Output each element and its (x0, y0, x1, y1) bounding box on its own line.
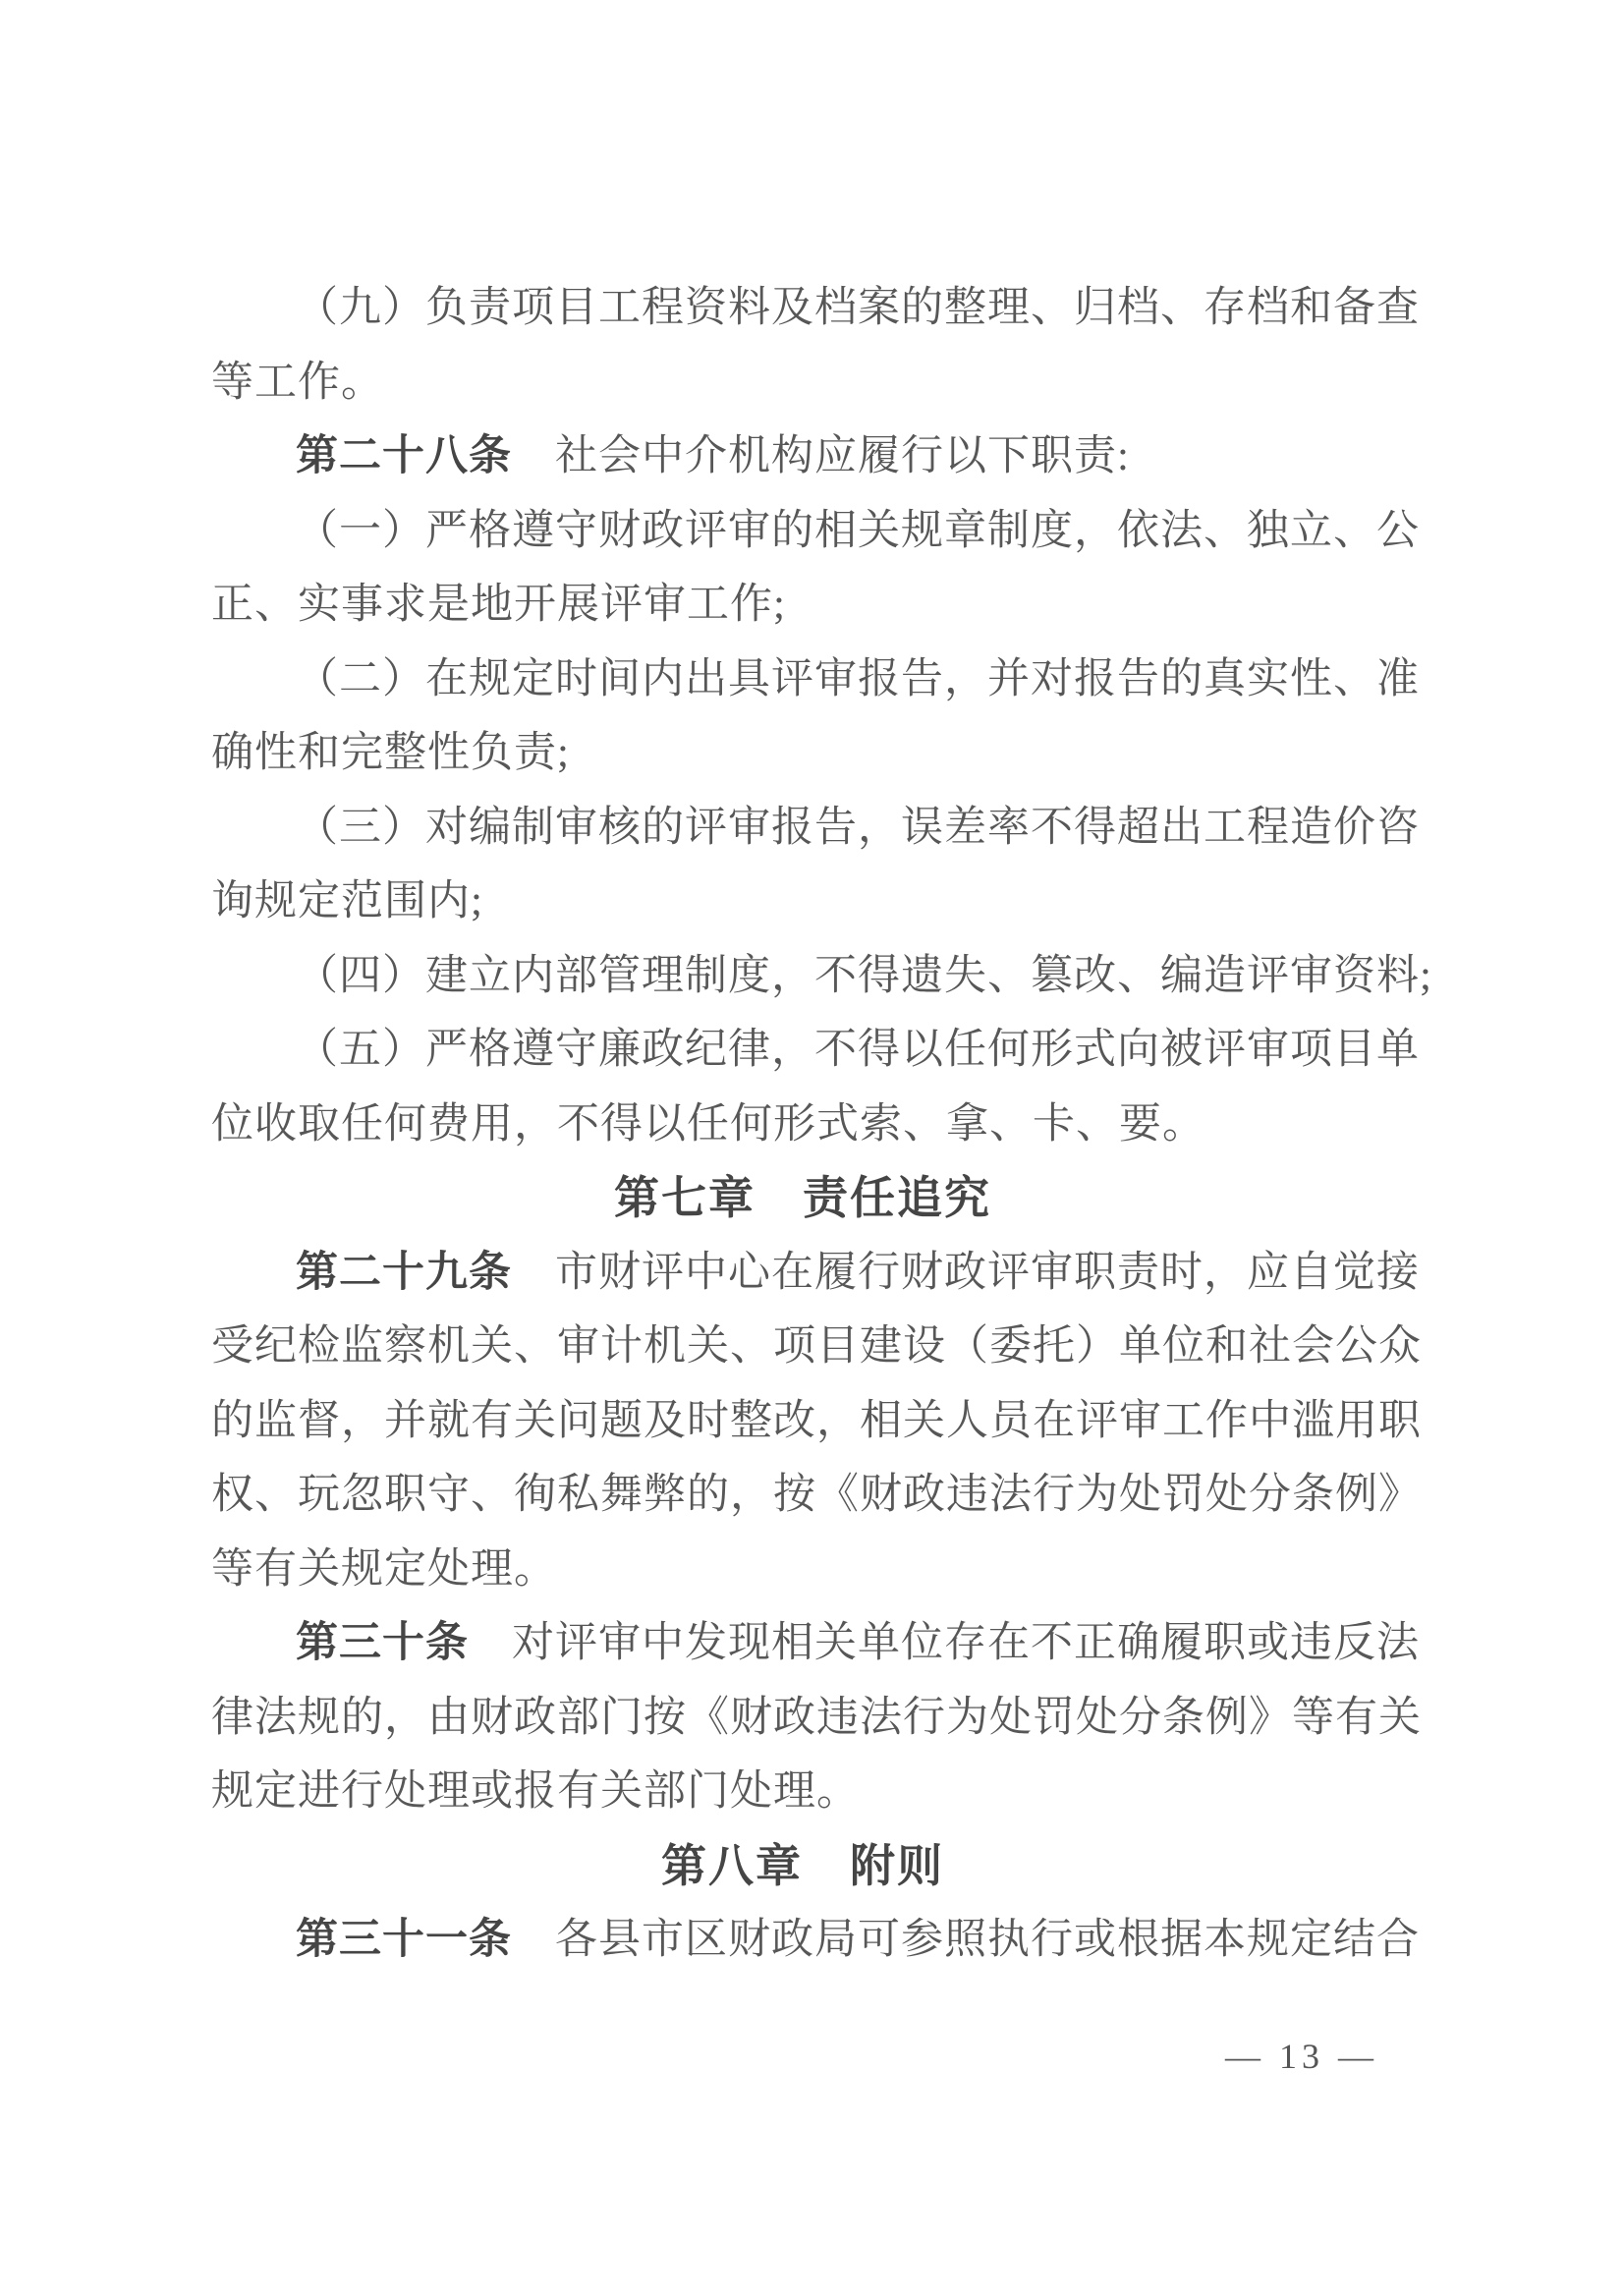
article-number: 第三十条 (296, 1619, 469, 1666)
text-line: 等工作。 (211, 346, 1394, 420)
chapter-heading: 第七章 责任追究 (211, 1161, 1394, 1236)
line-text: （一）严格遵守财政评审的相关规章制度，依法、独立、公 (296, 508, 1420, 554)
document-body: （九）负责项目工程资料及档案的整理、归档、存档和备查等工作。第二十八条 社会中介… (211, 271, 1394, 1978)
text-line: 位收取任何费用，不得以任何形式索、拿、卡、要。 (211, 1088, 1394, 1162)
text-line: （二）在规定时间内出具评审报告，并对报告的真实性、准 (211, 643, 1394, 717)
text-line: 的监督，并就有关问题及时整改，相关人员在评审工作中滥用职 (211, 1384, 1394, 1459)
text-line: 等有关规定处理。 (211, 1533, 1394, 1607)
line-text: 律法规的，由财政部门按《财政违法行为处罚处分条例》等有关 (211, 1695, 1422, 1741)
text-line: （一）严格遵守财政评审的相关规章制度，依法、独立、公 (211, 494, 1394, 569)
line-text: 社会中介机构应履行以下职责: (512, 433, 1130, 479)
text-line: 律法规的，由财政部门按《财政违法行为处罚处分条例》等有关 (211, 1681, 1394, 1756)
line-text: 的监督，并就有关问题及时整改，相关人员在评审工作中滥用职 (211, 1398, 1422, 1444)
scanned-document-page: （九）负责项目工程资料及档案的整理、归档、存档和备查等工作。第二十八条 社会中介… (0, 0, 1624, 2295)
line-text: 市财评中心在履行财政评审职责时，应自觉接 (512, 1250, 1420, 1296)
text-line: （三）对编制审核的评审报告，误差率不得超出工程造价咨 (211, 791, 1394, 866)
line-text: 受纪检监察机关、审计机关、项目建设（委托）单位和社会公众 (211, 1323, 1422, 1370)
chapter-heading: 第八章 附则 (211, 1829, 1394, 1904)
text-line: 第二十八条 社会中介机构应履行以下职责: (211, 420, 1394, 494)
line-text: （五）严格遵守廉政纪律，不得以任何形式向被评审项目单 (296, 1027, 1420, 1073)
article-number: 第三十一条 (296, 1916, 512, 1963)
text-line: 询规定范围内; (211, 865, 1394, 939)
text-line: 第二十九条 市财评中心在履行财政评审职责时，应自觉接 (211, 1236, 1394, 1311)
line-text: 位收取任何费用，不得以任何形式索、拿、卡、要。 (211, 1101, 1205, 1147)
text-line: 正、实事求是地开展评审工作; (211, 568, 1394, 643)
text-line: 受纪检监察机关、审计机关、项目建设（委托）单位和社会公众 (211, 1310, 1394, 1384)
line-text: （三）对编制审核的评审报告，误差率不得超出工程造价咨 (296, 805, 1420, 851)
line-text: （九）负责项目工程资料及档案的整理、归档、存档和备查 (296, 285, 1420, 331)
line-text: （四）建立内部管理制度，不得遗失、篡改、编造评审资料; (296, 953, 1432, 999)
article-number: 第七章 责任追究 (614, 1172, 991, 1223)
text-line: （四）建立内部管理制度，不得遗失、篡改、编造评审资料; (211, 939, 1394, 1014)
text-line: 确性和完整性负责; (211, 716, 1394, 791)
line-text: 规定进行处理或报有关部门处理。 (211, 1768, 860, 1815)
page-number: — 13 — (1208, 2032, 1395, 2081)
line-text: 各县市区财政局可参照执行或根据本规定结合 (512, 1917, 1420, 1963)
text-line: 第三十条 对评审中发现相关单位存在不正确履职或违反法 (211, 1606, 1394, 1681)
article-number: 第二十八条 (296, 432, 512, 479)
line-text: 等有关规定处理。 (211, 1546, 557, 1593)
line-text: 权、玩忽职守、徇私舞弊的，按《财政违法行为处罚处分条例》 (211, 1472, 1422, 1518)
line-text: 对评审中发现相关单位存在不正确履职或违反法 (469, 1620, 1420, 1666)
line-text: （二）在规定时间内出具评审报告，并对报告的真实性、准 (296, 656, 1420, 702)
text-line: 第三十一条 各县市区财政局可参照执行或根据本规定结合 (211, 1903, 1394, 1978)
line-text: 正、实事求是地开展评审工作; (211, 582, 786, 628)
line-text: 询规定范围内; (211, 878, 483, 924)
text-line: （五）严格遵守廉政纪律，不得以任何形式向被评审项目单 (211, 1013, 1394, 1088)
article-number: 第八章 附则 (661, 1840, 944, 1891)
line-text: 等工作。 (211, 360, 384, 406)
line-text: 确性和完整性负责; (211, 730, 570, 776)
text-line: 规定进行处理或报有关部门处理。 (211, 1755, 1394, 1829)
text-line: （九）负责项目工程资料及档案的整理、归档、存档和备查 (211, 271, 1394, 346)
article-number: 第二十九条 (296, 1249, 512, 1296)
text-line: 权、玩忽职守、徇私舞弊的，按《财政违法行为处罚处分条例》 (211, 1458, 1394, 1533)
